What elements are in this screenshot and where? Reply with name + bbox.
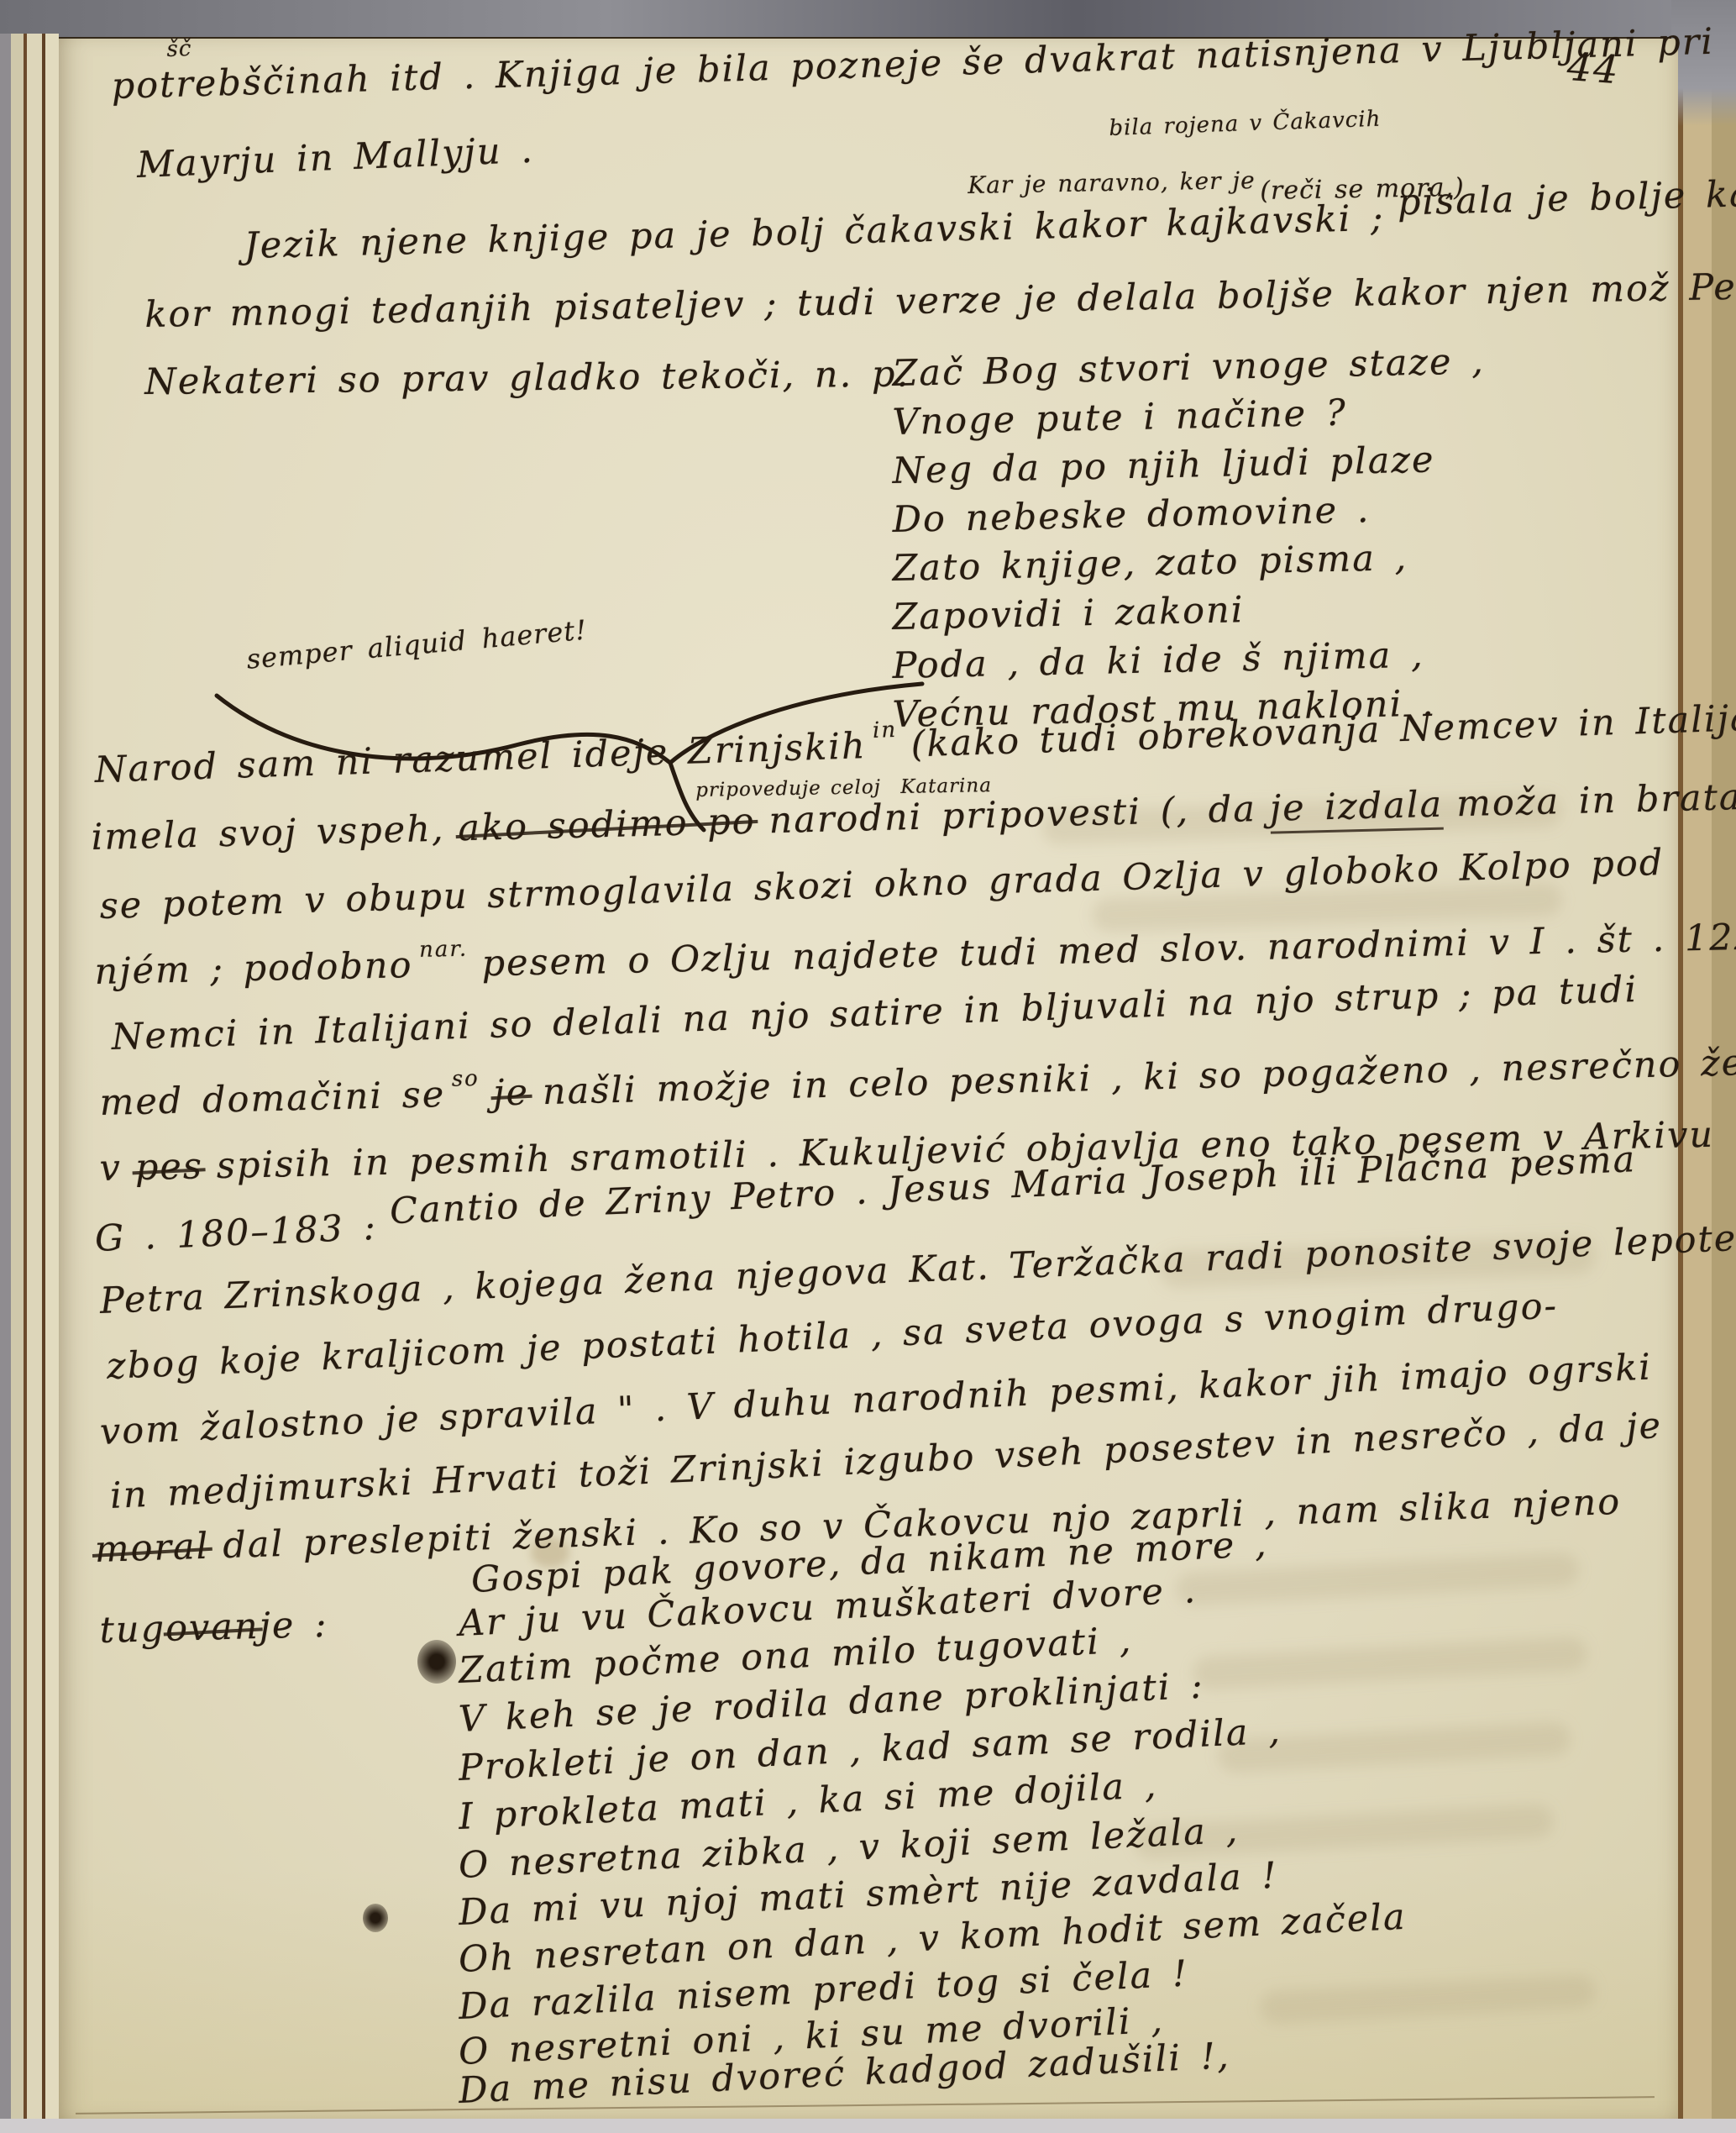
superscript-insertion: so xyxy=(451,1066,480,1092)
underlined-text: je izdala xyxy=(1269,784,1444,834)
ink-blot xyxy=(417,1640,456,1684)
manuscript-photo: 44 šč potrebščinah itd . Knjiga je bila … xyxy=(0,0,1736,2133)
strikethrough-text: ovan xyxy=(165,1605,260,1650)
strikethrough-text: ako sodimo po xyxy=(458,801,756,850)
text-segment: moža in brata ter xyxy=(1456,775,1736,826)
verse-line: Zapovidi i zakoni xyxy=(892,589,1245,638)
manuscript-line: Nekateri so prav gladko tekoči, n. p. xyxy=(144,353,910,403)
text-segment: je : xyxy=(259,1604,328,1647)
superscript-insertion: nar. xyxy=(419,937,469,963)
strikethrough-text: pes xyxy=(134,1145,203,1189)
interline-insertion: Kar je naravno, ker je xyxy=(968,166,1256,199)
interline-insertion: pisala je bolje ka- xyxy=(1397,173,1736,224)
text-segment: med domačini se xyxy=(99,1074,446,1124)
superscript-correction: šč xyxy=(166,36,192,62)
table-surface-light xyxy=(0,2119,1736,2133)
strikethrough-text: moral xyxy=(94,1526,210,1571)
text-segment: njém ; podobno xyxy=(94,944,413,993)
text-segment: imela svoj vspeh, xyxy=(91,808,445,859)
strikethrough-text: je xyxy=(493,1072,530,1115)
superscript-insertion: in xyxy=(873,717,898,743)
ink-blot xyxy=(363,1904,388,1932)
text-segment: tug xyxy=(99,1608,166,1652)
manuscript-line: tugovanje : xyxy=(99,1604,328,1652)
text-segment: v xyxy=(99,1147,122,1190)
page-edges-left xyxy=(0,34,59,2119)
